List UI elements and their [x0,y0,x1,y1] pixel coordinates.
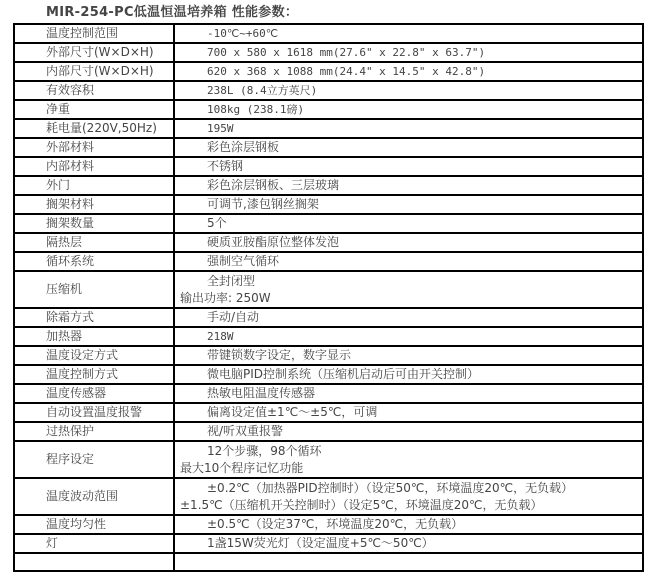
row-label: 耗电量(220V,50Hz) [14,119,174,138]
row-label: 灯 [14,534,174,553]
row-value: 全封闭型 输出功率: 250W [174,271,643,308]
row-label: 除霜方式 [14,308,174,327]
row-value: 700 x 580 x 1618 mm(27.6" x 22.8" x 63.7… [174,43,643,62]
row-value: 108kg (238.1磅) [174,100,643,119]
row-label: 外部尺寸(W×D×H) [14,43,174,62]
table-row: 温度均匀性 ±0.5℃（设定37℃，环境温度20℃，无负载） [14,515,643,534]
row-value: 不锈钢 [174,157,643,176]
table-row: 灯 1盏15W荧光灯（设定温度+5℃～50℃） [14,534,643,553]
table-row: 加热器 218W [14,327,643,346]
row-value-line2: 最大10个程序记忆功能 [180,460,642,477]
table-row: 净重 108kg (238.1磅) [14,100,643,119]
row-value-line1: 全封闭型 [207,273,642,290]
row-label: 温度均匀性 [14,515,174,534]
row-value: 238L (8.4立方英尺) [174,81,643,100]
row-value: 195W [174,119,643,138]
row-value: 12个步骤，98个循环 最大10个程序记忆功能 [174,441,643,478]
table-row: 温度传感器 热敏电阻温度传感器 [14,384,643,403]
table-row: 内部材料 不锈钢 [14,157,643,176]
table-row: 除霜方式 手动/自动 [14,308,643,327]
row-label: 隔热层 [14,233,174,252]
row-label: 循环系统 [14,252,174,271]
row-value-line2: 输出功率: 250W [180,290,642,307]
row-label: 压缩机 [14,271,174,308]
row-value: 1盏15W荧光灯（设定温度+5℃～50℃） [174,534,643,553]
row-value: 可调节,漆包钢丝搁架 [174,195,643,214]
row-value: 5个 [174,214,643,233]
table-row: 自动设置温度报警 偏离设定值±1℃～±5℃，可调 [14,403,643,422]
row-value: 硬质亚胺酯原位整体发泡 [174,233,643,252]
table-row: 温度控制方式 微电脑PID控制系统（压缩机启动后可由开关控制） [14,365,643,384]
row-value: 彩色涂层钢板、三层玻璃 [174,176,643,195]
row-label: 搁架材料 [14,195,174,214]
row-label: 外门 [14,176,174,195]
row-value: 620 x 368 x 1088 mm(24.4" x 14.5" x 42.8… [174,62,643,81]
table-row: 温度控制范围 -10℃~+60℃ [14,24,643,43]
row-label [14,553,174,571]
table-row: 温度设定方式 带键锁数字设定，数字显示 [14,346,643,365]
table-row: 压缩机 全封闭型 输出功率: 250W [14,271,643,308]
row-label: 温度设定方式 [14,346,174,365]
table-row: 耗电量(220V,50Hz) 195W [14,119,643,138]
row-label: 温度波动范围 [14,478,174,515]
row-label: 净重 [14,100,174,119]
row-label: 温度传感器 [14,384,174,403]
table-row: 外部材料 彩色涂层钢板 [14,138,643,157]
table-row: 外门 彩色涂层钢板、三层玻璃 [14,176,643,195]
table-row: 程序设定 12个步骤，98个循环 最大10个程序记忆功能 [14,441,643,478]
row-value: ±0.5℃（设定37℃，环境温度20℃，无负载） [174,515,643,534]
table-row: 循环系统 强制空气循环 [14,252,643,271]
row-label: 过热保护 [14,422,174,441]
table-row: 搁架数量 5个 [14,214,643,233]
row-value: 彩色涂层钢板 [174,138,643,157]
row-value: -10℃~+60℃ [174,24,643,43]
table-row: 有效容积 238L (8.4立方英尺) [14,81,643,100]
row-label: 加热器 [14,327,174,346]
row-label: 程序设定 [14,441,174,478]
row-value-line2: ±1.5℃（压缩机开关控制时）（设定5℃，环境温度20℃，无负载） [180,497,642,514]
row-value: 强制空气循环 [174,252,643,271]
row-value: 手动/自动 [174,308,643,327]
row-label: 温度控制方式 [14,365,174,384]
row-label: 内部材料 [14,157,174,176]
spec-table: 温度控制范围 -10℃~+60℃ 外部尺寸(W×D×H) 700 x 580 x… [13,23,644,572]
row-label: 搁架数量 [14,214,174,233]
row-label: 自动设置温度报警 [14,403,174,422]
table-row [14,553,643,571]
row-label: 温度控制范围 [14,24,174,43]
row-value-line1: 12个步骤，98个循环 [207,443,642,460]
row-label: 外部材料 [14,138,174,157]
table-row: 内部尺寸(W×D×H) 620 x 368 x 1088 mm(24.4" x … [14,62,643,81]
row-value: ±0.2℃（加热器PID控制时）（设定50℃，环境温度20℃，无负载） ±1.5… [174,478,643,515]
row-value: 热敏电阻温度传感器 [174,384,643,403]
row-label: 有效容积 [14,81,174,100]
row-value [174,553,643,571]
row-value: 带键锁数字设定，数字显示 [174,346,643,365]
table-row: 过热保护 视/听双重报警 [14,422,643,441]
row-value: 偏离设定值±1℃～±5℃，可调 [174,403,643,422]
table-row: 搁架材料 可调节,漆包钢丝搁架 [14,195,643,214]
table-row: 隔热层 硬质亚胺酯原位整体发泡 [14,233,643,252]
row-value: 视/听双重报警 [174,422,643,441]
row-value: 微电脑PID控制系统（压缩机启动后可由开关控制） [174,365,643,384]
row-label: 内部尺寸(W×D×H) [14,62,174,81]
table-row: 温度波动范围 ±0.2℃（加热器PID控制时）（设定50℃，环境温度20℃，无负… [14,478,643,515]
row-value: 218W [174,327,643,346]
page-title: MIR-254-PC低温恒温培养箱 性能参数： [46,5,298,21]
row-value-line1: ±0.2℃（加热器PID控制时）（设定50℃，环境温度20℃，无负载） [207,480,642,497]
table-row: 外部尺寸(W×D×H) 700 x 580 x 1618 mm(27.6" x … [14,43,643,62]
